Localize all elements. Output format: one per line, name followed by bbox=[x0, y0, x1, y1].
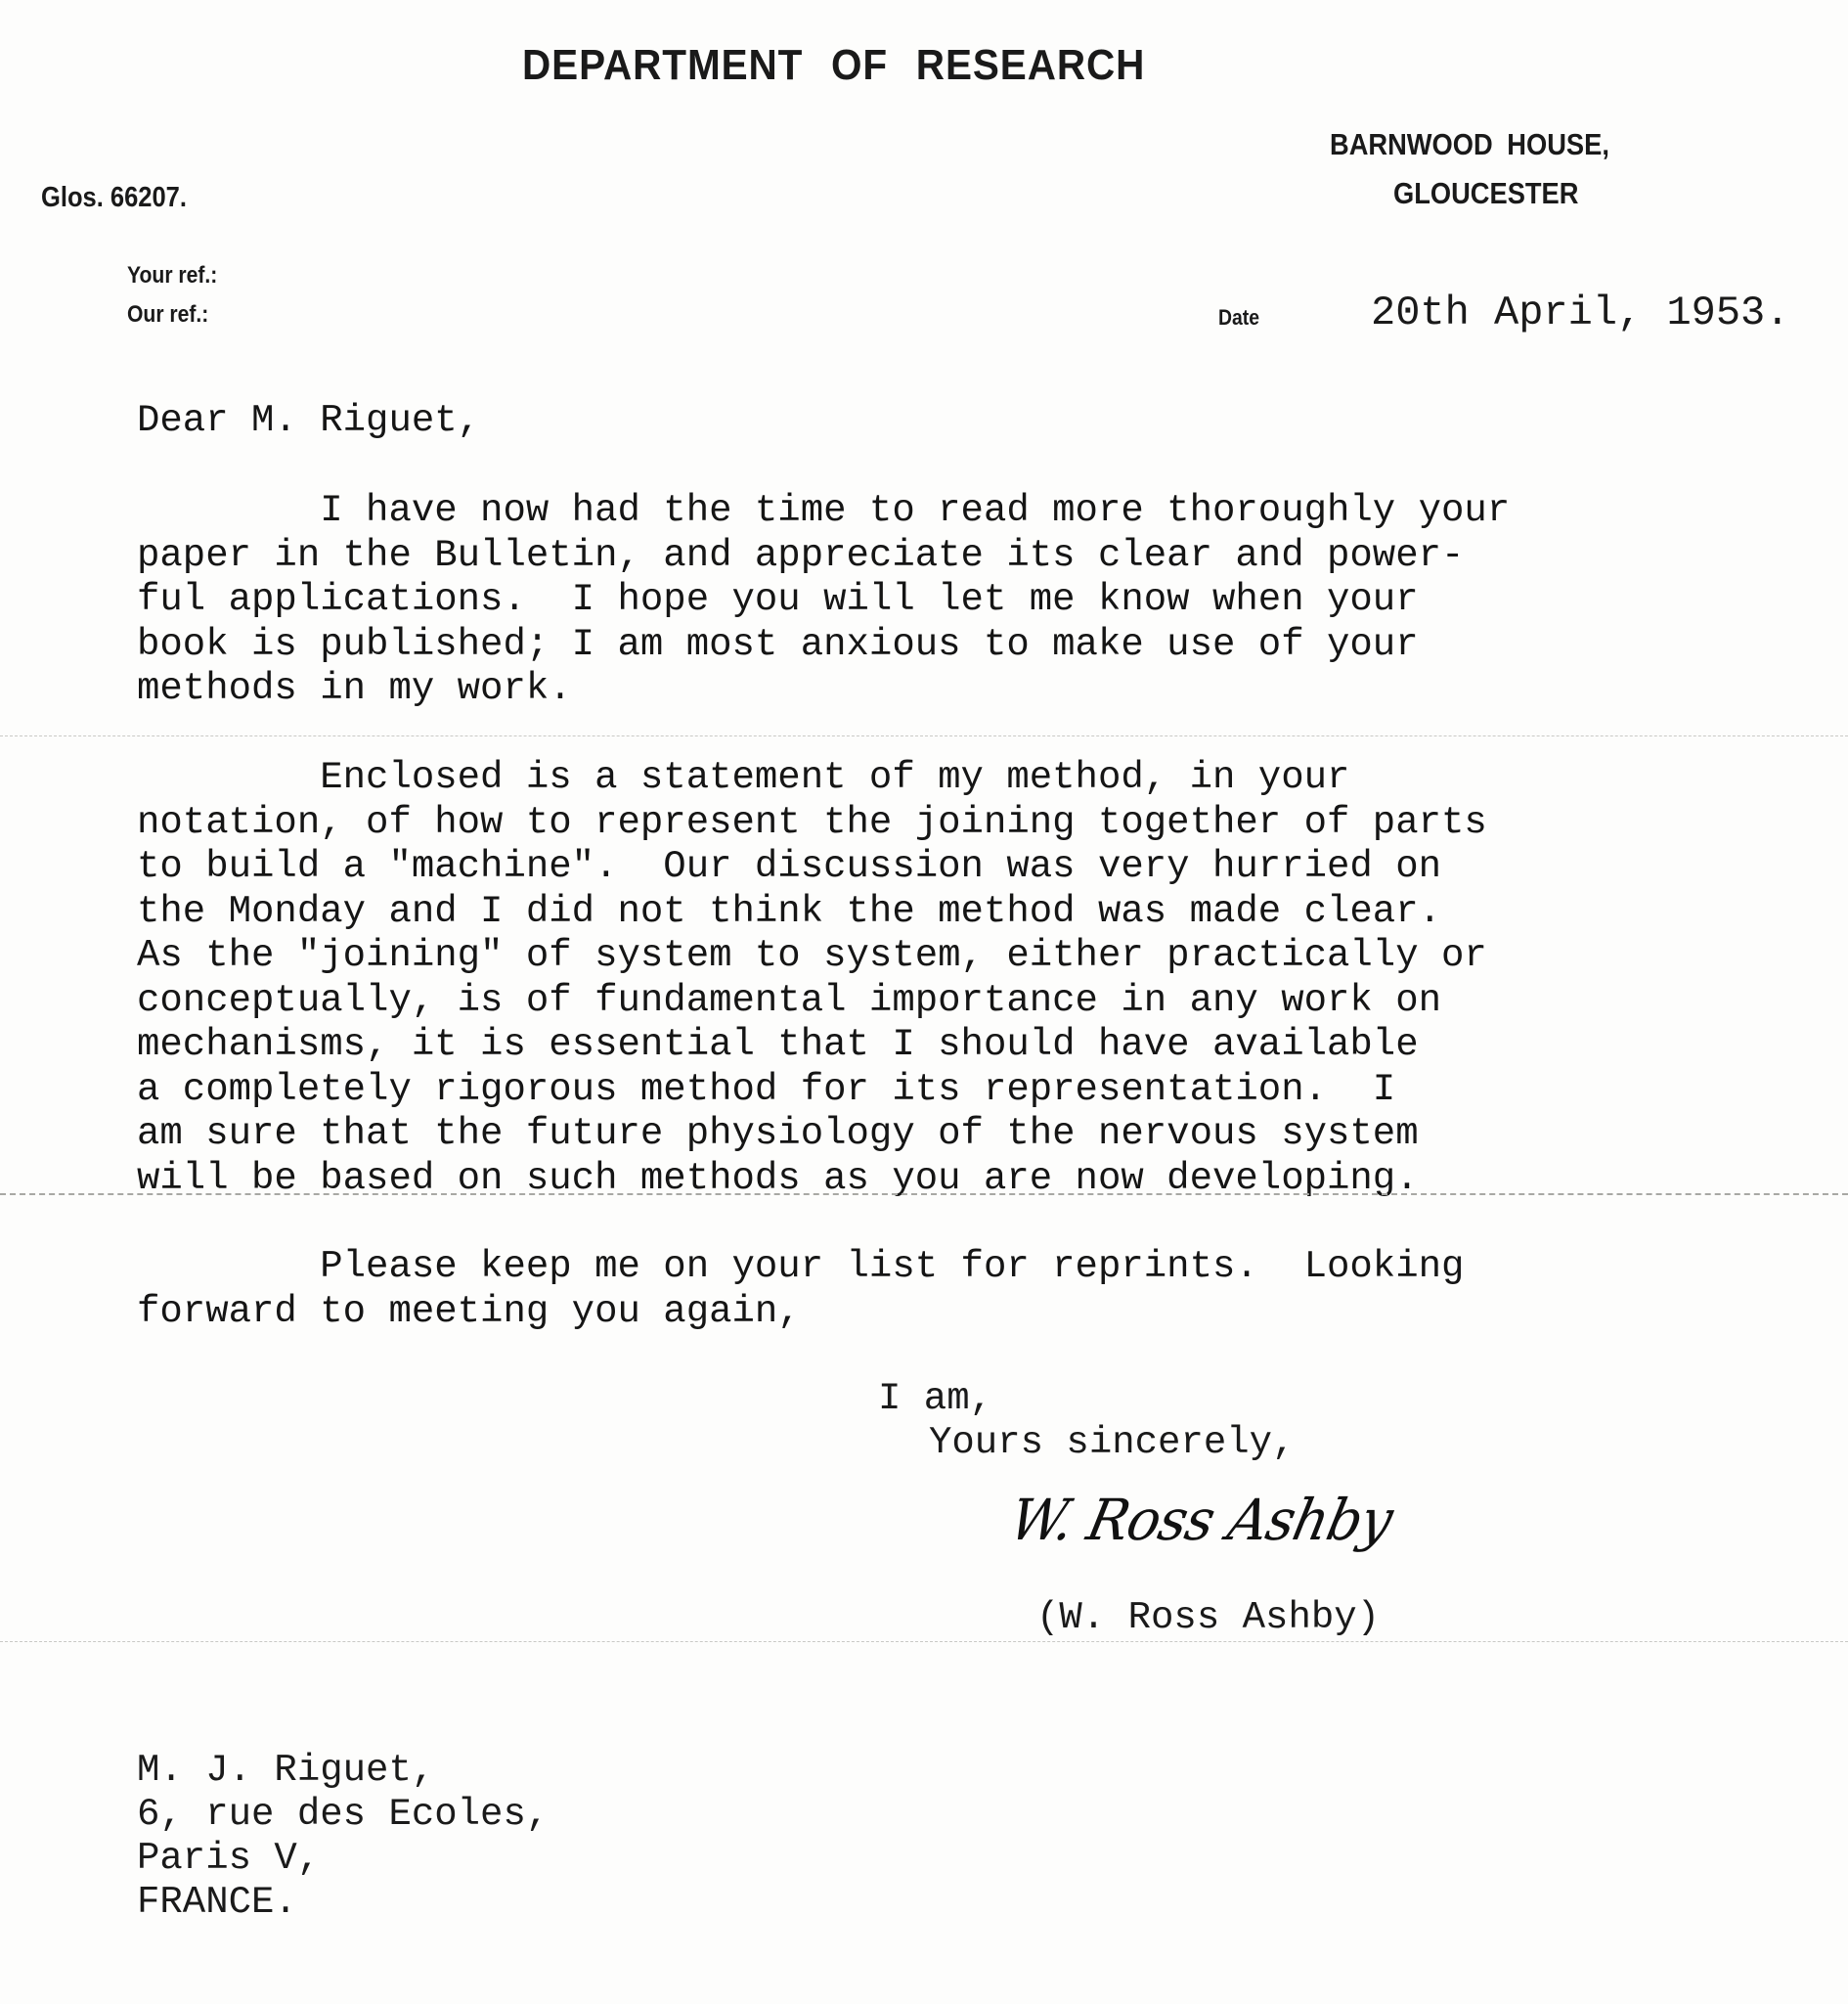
recipient-address: M. J. Riguet, 6, rue des Ecoles, Paris V… bbox=[137, 1749, 549, 1925]
handwritten-signature: W. Ross Ashby bbox=[1004, 1487, 1398, 1553]
letterhead-department: DEPARTMENT OF RESEARCH bbox=[522, 41, 1145, 90]
date-value: 20th April, 1953. bbox=[1371, 289, 1789, 336]
date-label: Date bbox=[1218, 305, 1259, 331]
paragraph-3: Please keep me on your list for reprints… bbox=[137, 1245, 1464, 1334]
typed-signature-name: (W. Ross Ashby) bbox=[1036, 1596, 1380, 1639]
our-ref-label: Our ref.: bbox=[127, 301, 208, 329]
paper-fold-line bbox=[0, 1193, 1848, 1195]
closing-line-2: Yours sincerely, bbox=[929, 1421, 1295, 1464]
letterhead-address-line1: BARNWOOD HOUSE, bbox=[1330, 127, 1609, 162]
paper-fold-line bbox=[0, 735, 1848, 736]
paragraph-2: Enclosed is a statement of my method, in… bbox=[137, 756, 1487, 1201]
closing-line-1: I am, bbox=[878, 1377, 992, 1420]
your-ref-label: Your ref.: bbox=[127, 262, 217, 289]
paper-fold-line bbox=[0, 1641, 1848, 1642]
letterhead-address-line2: GLOUCESTER bbox=[1393, 176, 1578, 211]
salutation: Dear M. Riguet, bbox=[137, 399, 480, 444]
paragraph-1: I have now had the time to read more tho… bbox=[137, 489, 1510, 712]
letterhead-phone: Glos. 66207. bbox=[41, 182, 187, 214]
